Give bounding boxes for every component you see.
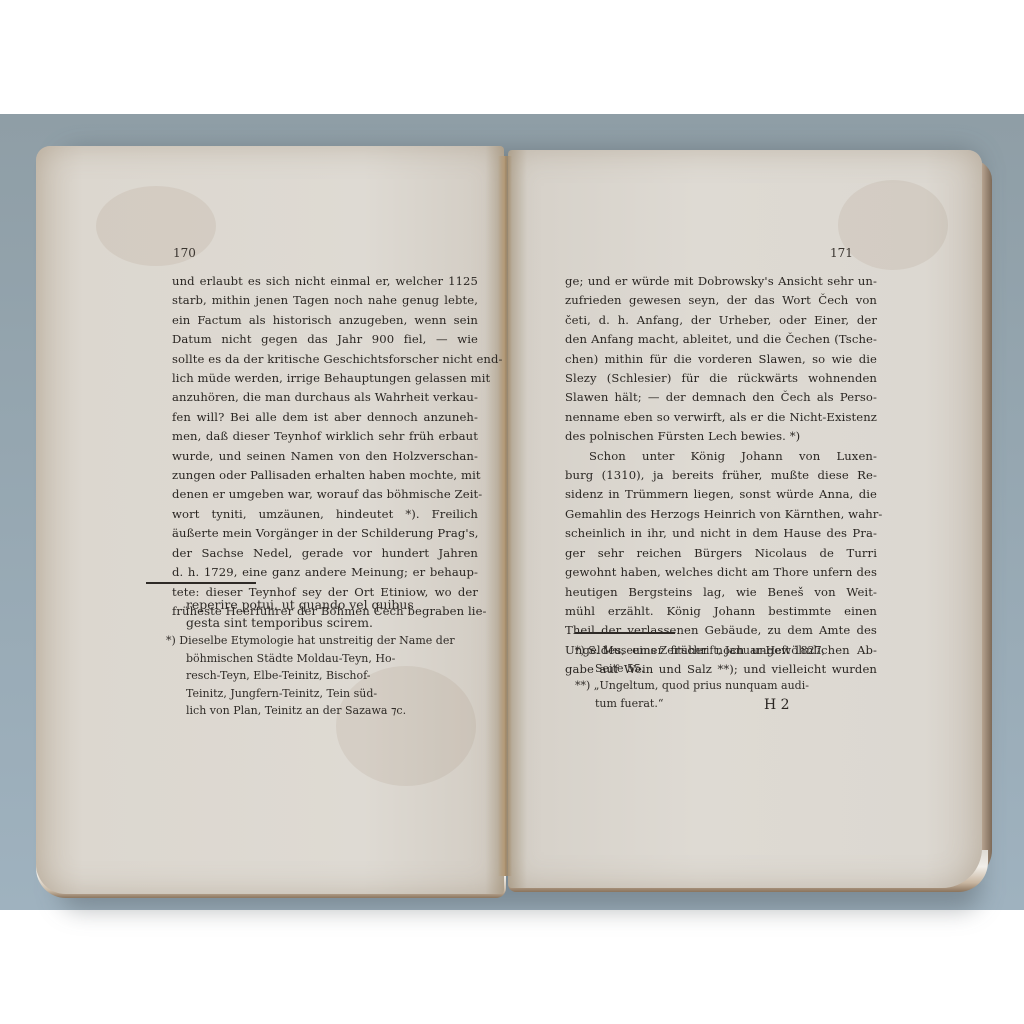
- footnote-rule: [575, 632, 675, 634]
- text-line: der Sachse Nedel, gerade vor hundert Jah…: [172, 544, 478, 563]
- footnote-rule: [146, 582, 256, 584]
- text-line: und erlaubt es sich nicht einmal er, wel…: [172, 272, 478, 291]
- text-line: četi, d. h. Anfang, der Urheber, oder Ei…: [565, 311, 877, 330]
- text-line: Slezy (Schlesier) für die rückwärts wohn…: [565, 369, 877, 388]
- text-line: wort tyniti, umzäunen, hindeutet *). Fre…: [172, 505, 478, 524]
- footnote-line: *) S. Museums Zeitschrift, Januar-Heft 1…: [575, 642, 875, 660]
- signature-mark: H 2: [764, 697, 790, 713]
- page-number-left: 170: [173, 246, 196, 260]
- text-line: des polnischen Fürsten Lech bewies. *): [565, 427, 877, 446]
- text-line: zungen oder Pallisaden erhalten haben mo…: [172, 466, 478, 485]
- text-line: mühl erzählt. König Johann bestimmte ein…: [565, 602, 877, 621]
- footnote-line: **) „Ungeltum, quod prius nunquam audi-: [575, 677, 875, 695]
- text-line: starb, mithin jenen Tagen noch nahe genu…: [172, 291, 478, 310]
- latin-quote-line: gesta sint temporibus scirem.: [166, 614, 476, 632]
- paper-stain: [96, 186, 216, 266]
- footnote-line: tum fuerat.“: [575, 695, 875, 713]
- footnote-marker: **): [575, 679, 590, 692]
- left-page-footnotes: reperire potui, ut quando vel quibus ges…: [166, 596, 476, 720]
- text-line: chen) mithin für die vorderen Slawen, so…: [565, 350, 877, 369]
- text-line: gewohnt haben, welches dicht am Thore un…: [565, 563, 877, 582]
- text-line: ger sehr reichen Bürgers Nicolaus de Tur…: [565, 544, 877, 563]
- footnote-marker: *): [575, 644, 585, 657]
- footnote-line: Teinitz, Jungfern-Teinitz, Tein süd-: [166, 685, 476, 703]
- text-line: sidenz in Trümmern liegen, sonst würde A…: [565, 485, 877, 504]
- text-line: zufrieden gewesen seyn, der das Wort Čec…: [565, 291, 877, 310]
- latin-quote-line: reperire potui, ut quando vel quibus: [166, 596, 476, 614]
- text-line: nenname eben so verwirft, als er die Nic…: [565, 408, 877, 427]
- right-page-body: ge; und er würde mit Dobrowsky's Ansicht…: [565, 272, 877, 680]
- text-line: men, daß dieser Teynhof wirklich sehr fr…: [172, 427, 478, 446]
- left-page-body: und erlaubt es sich nicht einmal er, wel…: [172, 272, 478, 621]
- paper-stain: [838, 180, 948, 270]
- text-line: Gemahlin des Herzogs Heinrich von Kärnth…: [565, 505, 877, 524]
- text-line: scheinlich in ihr, und nicht in dem Haus…: [565, 524, 877, 543]
- text-line: denen er umgeben war, worauf das böhmisc…: [172, 485, 478, 504]
- text-line: d. h. 1729, eine ganz andere Meinung; er…: [172, 563, 478, 582]
- footnote-line: resch-Teyn, Elbe-Teinitz, Bischof-: [166, 667, 476, 685]
- footnote-line: Seite 55.: [575, 660, 875, 678]
- text-line: Schon unter König Johann von Luxen-: [565, 447, 877, 466]
- footnote-line: *) Dieselbe Etymologie hat unstreitig de…: [166, 632, 476, 650]
- text-line: ge; und er würde mit Dobrowsky's Ansicht…: [565, 272, 877, 291]
- text-line: äußerte mein Vorgänger in der Schilderun…: [172, 524, 478, 543]
- page-number-right: 171: [830, 246, 853, 260]
- text-line: den Anfang macht, ableitet, und die Čech…: [565, 330, 877, 349]
- text-line: ein Factum als historisch anzugeben, wen…: [172, 311, 478, 330]
- text-line: lich müde werden, irrige Behauptungen ge…: [172, 369, 478, 388]
- text-line: Slawen hält; — der demnach den Čech als …: [565, 388, 877, 407]
- text-line: anzuhören, die man durchaus als Wahrheit…: [172, 388, 478, 407]
- text-line: sollte es da der kritische Geschichtsfor…: [172, 350, 478, 369]
- text-line: fen will? Bei alle dem ist aber dennoch …: [172, 408, 478, 427]
- footnote-line: böhmischen Städte Moldau-Teyn, Ho-: [166, 650, 476, 668]
- right-page-footnotes: *) S. Museums Zeitschrift, Januar-Heft 1…: [575, 642, 875, 712]
- text-line: heutigen Bergsteins lag, wie Beneš von W…: [565, 583, 877, 602]
- text-line: burg (1310), ja bereits früher, mußte di…: [565, 466, 877, 485]
- footnote-marker: *): [166, 634, 176, 647]
- footnote-line: lich von Plan, Teinitz an der Sazawa ⁊c.: [166, 702, 476, 720]
- book-gutter: [498, 156, 512, 876]
- text-line: wurde, und seinen Namen von den Holzvers…: [172, 447, 478, 466]
- text-line: Datum nicht gegen das Jahr 900 fiel, — w…: [172, 330, 478, 349]
